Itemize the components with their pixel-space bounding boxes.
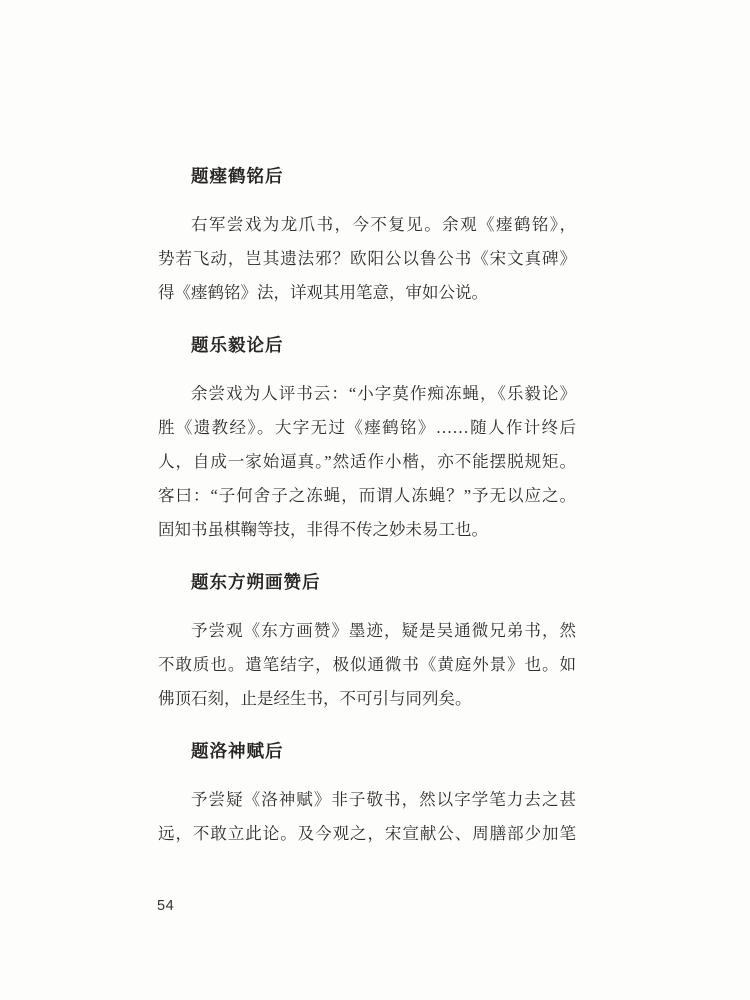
section-heading: 题洛神赋后 bbox=[158, 734, 576, 768]
paragraph-line: 佛顶石刻，止是经生书，不可引与同列矣。 bbox=[158, 682, 576, 716]
paragraph-line: 不敢质也。遣笔结字，极似通微书《黄庭外景》也。如 bbox=[158, 648, 576, 682]
paragraph-line: 势若飞动，岂其遗法邪？欧阳公以鲁公书《宋文真碑》 bbox=[158, 242, 576, 276]
book-page-text-column: 题瘗鹤铭后 右军尝戏为龙爪书，今不复见。余观《瘗鹤铭》， 势若飞动，岂其遗法邪？… bbox=[158, 159, 576, 869]
section-heading: 题乐毅论后 bbox=[158, 328, 576, 362]
section-ti-yi-he-ming-hou: 题瘗鹤铭后 右军尝戏为龙爪书，今不复见。余观《瘗鹤铭》， 势若飞动，岂其遗法邪？… bbox=[158, 159, 576, 310]
section-heading: 题瘗鹤铭后 bbox=[158, 159, 576, 193]
paragraph-line: 余尝戏为人评书云：“小字莫作痴冻蝇，《乐毅论》 bbox=[158, 377, 576, 411]
paragraph-line: 右军尝戏为龙爪书，今不复见。余观《瘗鹤铭》， bbox=[158, 208, 576, 242]
paragraph-line: 予尝观《东方画赞》墨迹，疑是吴通微兄弟书，然 bbox=[158, 614, 576, 648]
paragraph-line: 人，自成一家始逼真。”然适作小楷，亦不能摆脱规矩。 bbox=[158, 445, 576, 479]
paragraph-line: 得《瘗鹤铭》法，详观其用笔意，审如公说。 bbox=[158, 276, 576, 310]
paragraph-line: 胜《遗教经》。大字无过《瘗鹤铭》……随人作计终后 bbox=[158, 411, 576, 445]
paragraph-line: 客曰：“子何舍子之冻蝇，而谓人冻蝇？”予无以应之。 bbox=[158, 479, 576, 513]
section-ti-le-yi-lun-hou: 题乐毅论后 余尝戏为人评书云：“小字莫作痴冻蝇，《乐毅论》 胜《遗教经》。大字无… bbox=[158, 328, 576, 547]
paragraph-line: 固知书虽棋鞠等技，非得不传之妙未易工也。 bbox=[158, 513, 576, 547]
section-ti-luo-shen-fu-hou: 题洛神赋后 予尝疑《洛神赋》非子敬书，然以字学笔力去之甚 远，不敢立此论。及今观… bbox=[158, 734, 576, 851]
section-ti-dong-fang-shuo-hua-zan-hou: 题东方朔画赞后 予尝观《东方画赞》墨迹，疑是吴通微兄弟书，然 不敢质也。遣笔结字… bbox=[158, 565, 576, 716]
paragraph-line: 远，不敢立此论。及今观之，宋宣献公、周膳部少加笔 bbox=[158, 817, 576, 851]
section-heading: 题东方朔画赞后 bbox=[158, 565, 576, 599]
page-number: 54 bbox=[157, 898, 174, 914]
paragraph-line: 予尝疑《洛神赋》非子敬书，然以字学笔力去之甚 bbox=[158, 783, 576, 817]
